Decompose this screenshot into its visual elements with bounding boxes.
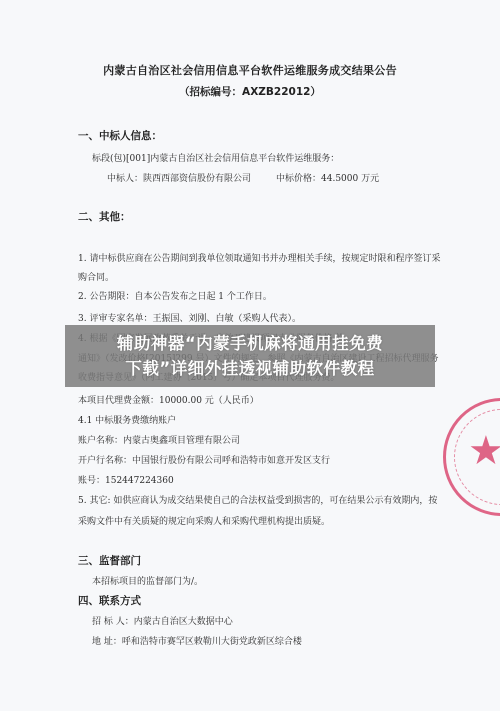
winner-name: 中标人：陕西西部资信股份有限公司 [107, 171, 251, 184]
address: 地 址：呼和浩特市赛罕区敕勒川大街党政新区综合楼 [92, 634, 302, 647]
item-5-line-2: 采购文件中有关质疑的规定向采购人和采购代理机构提出质疑。 [78, 514, 330, 527]
item-5-line-1: 5. 其它: 如供应商认为成交结果使自己的合法权益受到损害的，可在结果公示有效期… [78, 493, 437, 506]
section-heading-winner: 一、中标人信息： [78, 128, 162, 143]
bank-name: 开户行名称：中国银行股份有限公司呼和浩特市如意开发区支行 [78, 453, 330, 466]
agency-fee: 本项目代理费金额：10000.00 元（人民币） [78, 393, 259, 406]
winning-price: 中标价格：44.5000 万元 [276, 171, 379, 184]
account-number: 账号：152447224360 [78, 473, 174, 486]
banner-headline-line-1: 辅助神器“内蒙手机麻将通用挂免费 [70, 330, 430, 354]
official-seal-stamp: ★ [443, 398, 500, 516]
banner-headline-line-2: 下载”详细外挂透视辅助软件教程 [70, 355, 430, 379]
document-title: 内蒙古自治区社会信用信息平台软件运维服务成交结果公告 [0, 62, 500, 78]
item-4-1: 4.1 中标服务费缴纳账户 [78, 413, 176, 426]
item-1-line-2: 购合同。 [78, 270, 114, 283]
tenderer: 招 标 人：内蒙古自治区大数据中心 [92, 614, 233, 627]
section-heading-supervision: 三、监督部门 [78, 553, 141, 568]
item-1-line-1: 1. 请中标供应商在公告期间到我单位领取通知书并办理相关手续，按规定时限和程序签… [78, 251, 440, 264]
item-2: 2. 公告期限：自本公告发布之日起 1 个工作日。 [78, 289, 272, 302]
section-heading-other: 二、其他： [78, 209, 131, 224]
item-3: 3. 评审专家名单：王振国、刘刚、白敏（采购人代表）。 [78, 311, 301, 324]
document-page: 内蒙古自治区社会信用信息平台软件运维服务成交结果公告 （招标编号：AXZB220… [0, 0, 500, 711]
account-name: 账户名称：内蒙古奥鑫项目管理有限公司 [78, 433, 240, 446]
supervision-text: 本招标项目的监督部门为/。 [92, 574, 203, 587]
section-heading-contact: 四、联系方式 [78, 593, 141, 608]
seal-star-icon: ★ [468, 431, 500, 471]
tender-number: （招标编号：AXZB22012） [0, 84, 500, 99]
lot-description: 标段(包)[001]内蒙古自治区社会信用信息平台软件运维服务： [92, 151, 339, 164]
